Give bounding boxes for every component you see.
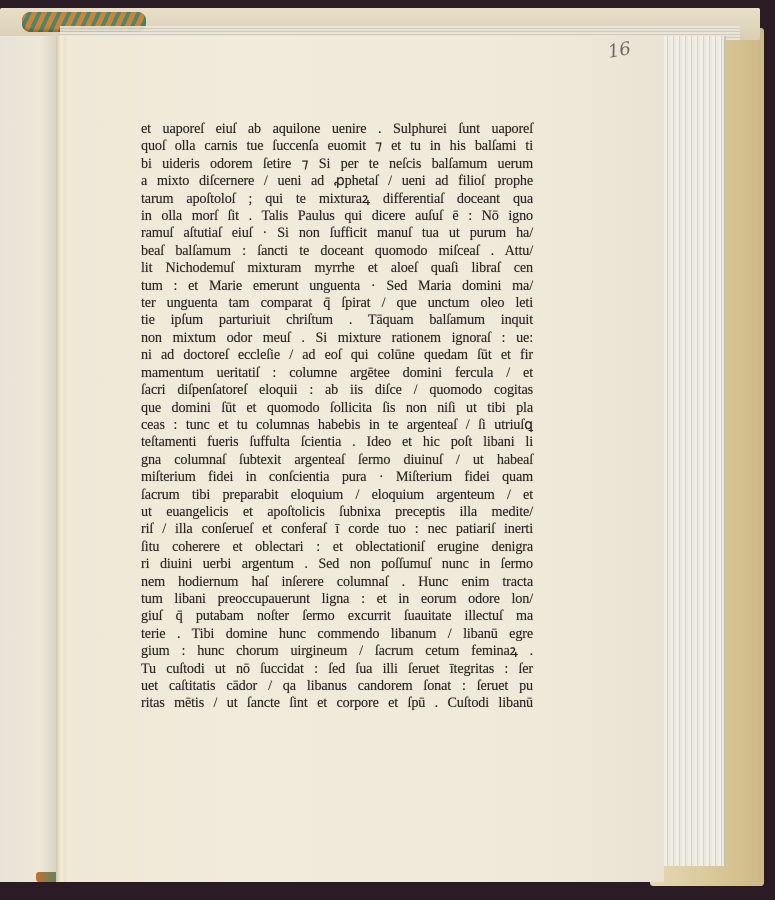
text-line: beaſ balſamum : ſancti te doceant quomod… bbox=[141, 243, 533, 260]
text-line: ritas mētis / ut ſancte ſint et corpore … bbox=[141, 695, 533, 712]
text-line: gna columnaſ ſubtexit argenteaſ ſermo di… bbox=[141, 452, 533, 469]
text-line: bi uideris odorem ſetire ⁊ Si per te neſ… bbox=[141, 156, 533, 173]
text-line: mamentum ueritatiſ : columne argētee dom… bbox=[141, 365, 533, 382]
text-line: ceas : tunc et tu columnas habebis in te… bbox=[141, 417, 533, 434]
text-line: a mixto diſcernere / ueni ad ꝓphetaſ / u… bbox=[141, 173, 533, 190]
text-line: tarum apoſtoloſ ; qui te mixturaꝝ differ… bbox=[141, 191, 533, 208]
text-line: Tu cuſtodi ut nō ſuccidat : ſed ſua illi… bbox=[141, 661, 533, 678]
text-line: ramuſ aſtutiaſ eiuſ · Si non ſufficit ma… bbox=[141, 225, 533, 242]
text-line: tum : et Marie emerunt unguenta · Sed Ma… bbox=[141, 278, 533, 295]
text-line: tie ipſum parturiuit chriſtum . Tāquam b… bbox=[141, 312, 533, 329]
text-line: tum libani preoccupauerunt ligna : et in… bbox=[141, 591, 533, 608]
text-line: riſ / illa conſerueſ et conferaſ ī corde… bbox=[141, 521, 533, 538]
text-line: nem hodiernum haſ inſerere columnaſ . Hu… bbox=[141, 574, 533, 591]
text-line: ſacrum tibi preparabit eloquium / eloqui… bbox=[141, 487, 533, 504]
text-line: ter unguenta tam comparat q̄ ſpirat / qu… bbox=[141, 295, 533, 312]
text-line: giuſ q̄ putabam noſter ſermo excurrit ſu… bbox=[141, 608, 533, 625]
text-line: gium : hunc chorum uirgineum / ſacrum ce… bbox=[141, 643, 533, 660]
left-page-verso bbox=[0, 36, 58, 882]
gutter bbox=[56, 36, 66, 882]
text-line: ſacri diſpenſatoreſ eloquii : ab iis diſ… bbox=[141, 382, 533, 399]
text-line: que domini ſūt et quomodo ſollicita ſis … bbox=[141, 400, 533, 417]
text-line: uet caſtitatis cādor / qa libanus candor… bbox=[141, 678, 533, 695]
text-line: miſterium fidei in conſcientia pura · Mi… bbox=[141, 469, 533, 486]
text-line: ut euangelicis et apoſtolicis ſubnixa pr… bbox=[141, 504, 533, 521]
text-line: non mixtum odor meuſ . Si mixture ration… bbox=[141, 330, 533, 347]
text-line: ſitu coherere et oblectari : et oblectat… bbox=[141, 539, 533, 556]
text-line: ni ad doctoreſ eccleſie / ad eoſ qui col… bbox=[141, 347, 533, 364]
text-line: lit Nichodemuſ mixturam myrrhe et aloeſ … bbox=[141, 260, 533, 277]
text-line: teſtamenti fueris ſuffulta ſcientia . Id… bbox=[141, 434, 533, 451]
text-block: et uaporeſ eiuſ ab aquilone uenire . Sul… bbox=[141, 121, 533, 713]
text-line: quoſ olla carnis tue ſuccenſa euomit ⁊ e… bbox=[141, 138, 533, 155]
text-line: ri diuini uerbi argentum . Sed non poſſu… bbox=[141, 556, 533, 573]
fore-edge-page-stack bbox=[664, 36, 726, 866]
text-line: terie . Tibi domine hunc commendo libanu… bbox=[141, 626, 533, 643]
text-line: in olla morſ ſit . Talis Paulus qui dice… bbox=[141, 208, 533, 225]
text-line: et uaporeſ eiuſ ab aquilone uenire . Sul… bbox=[141, 121, 533, 138]
folio-number: 16 bbox=[606, 38, 632, 63]
